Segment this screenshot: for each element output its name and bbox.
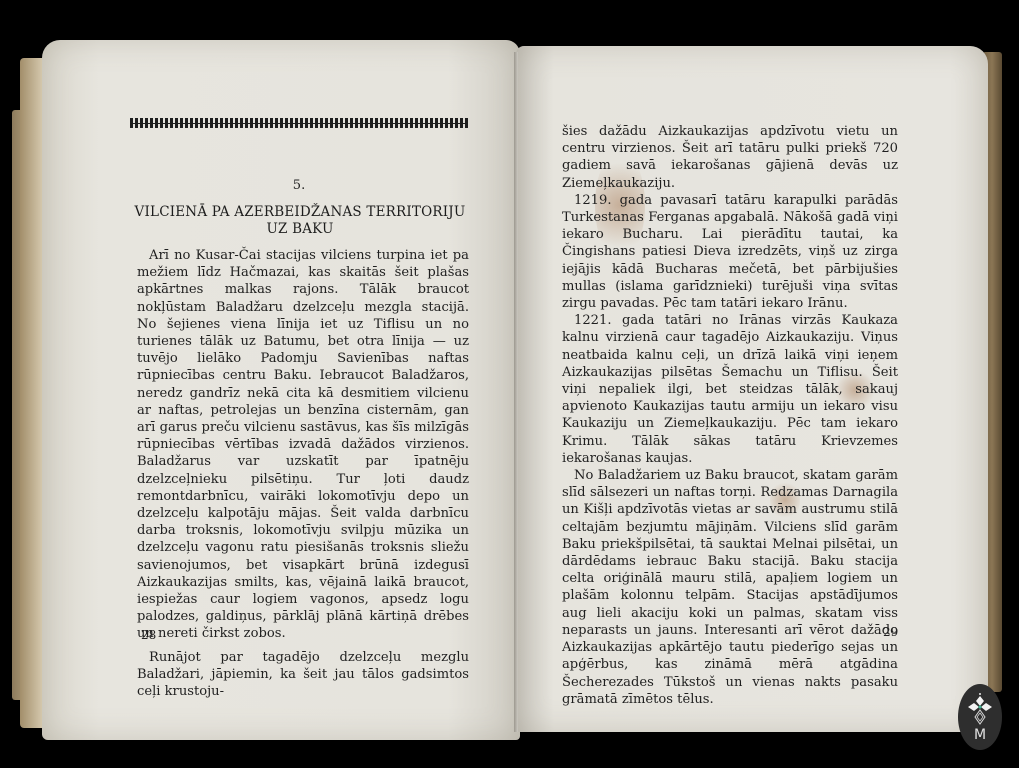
chapter-ornament-rule — [130, 118, 468, 128]
chapter-title-line: UZ BAKU — [128, 221, 472, 238]
right-page-body: šies dažādu Aizkaukazijas apdzīvotu viet… — [562, 123, 898, 708]
chapter-title: VILCIENĀ PA AZERBEIDŽANAS TERRITORIJU UZ… — [128, 204, 472, 238]
book-gutter — [514, 52, 518, 732]
ornamental-cross-logo-icon: M — [965, 691, 995, 743]
page-number-left: 28 — [141, 628, 156, 642]
svg-text:M: M — [974, 727, 986, 743]
page-number-right: 29 — [883, 625, 898, 639]
chapter-title-line: VILCIENĀ PA AZERBEIDŽANAS TERRITORIJU — [128, 204, 472, 221]
paragraph: No Baladžariem uz Baku braucot, skatam g… — [562, 467, 898, 708]
paragraph: 1219. gada pavasarī tatāru karapulki par… — [562, 192, 898, 312]
paragraph: 1221. gada tatāri no Irānas virzās Kauka… — [562, 312, 898, 467]
paragraph: šies dažādu Aizkaukazijas apdzīvotu viet… — [562, 123, 898, 192]
paragraph: Arī no Kusar-Čai stacijas vilciens turpi… — [137, 247, 469, 643]
watermark-logo: M — [958, 684, 1002, 750]
chapter-number: 5. — [130, 178, 468, 193]
left-page-body: Arī no Kusar-Čai stacijas vilciens turpi… — [137, 247, 469, 700]
paragraph: Runājot par tagadējo dzelzceļu mezglu Ba… — [137, 649, 469, 701]
